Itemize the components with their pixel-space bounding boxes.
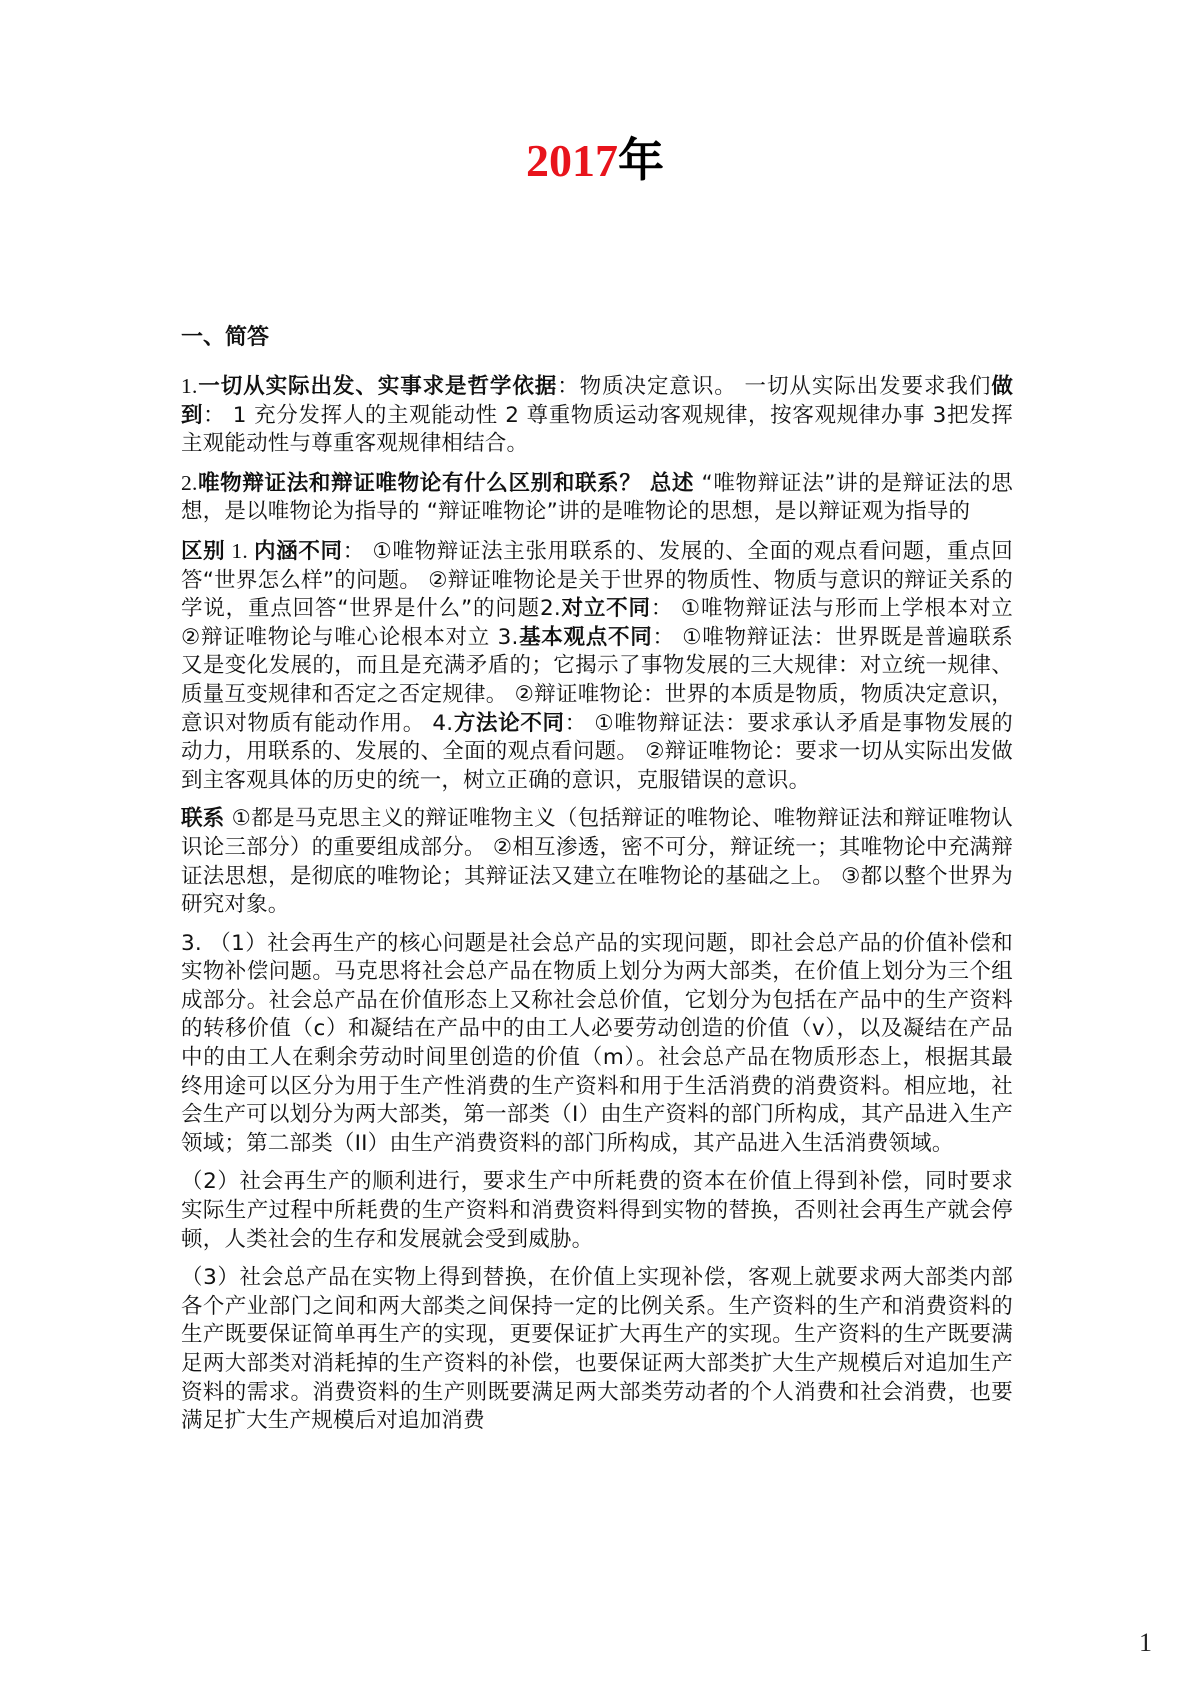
question-3-part-2: （2）社会再生产的顺利进行，要求生产中所耗费的资本在价值上得到补偿，同时要求实际… xyxy=(181,1168,1013,1254)
page-number: 1 xyxy=(1139,1628,1152,1658)
q1-title: 一切从实际出发、实事求是哲学依据 xyxy=(198,374,558,399)
title-year: 2017 xyxy=(526,135,618,186)
q1-number: 1. xyxy=(181,374,198,398)
q2-title: 唯物辩证法和辩证唯物论有什么区别和联系？ 总述 xyxy=(198,471,695,496)
question-3-part-3: （3）社会总产品在实物上得到替换，在价值上实现补偿，客观上就要求两大部类内部各个… xyxy=(181,1264,1013,1436)
question-2-differences: 区别 1. 内涵不同： ①唯物辩证法主张用联系的、发展的、全面的观点看问题，重点… xyxy=(181,537,1013,795)
diff-h1: 内涵不同 xyxy=(254,539,343,564)
q1-text-a: ：物质决定意识。 一切从实际出发要求我们 xyxy=(557,374,991,399)
document-body: 一、简答 1.一切从实际出发、实事求是哲学依据：物质决定意识。 一切从实际出发要… xyxy=(181,322,1013,1446)
diff-h2: 对立不同 xyxy=(561,596,651,621)
question-2: 2.唯物辩证法和辩证唯物论有什么区别和联系？ 总述 “唯物辩证法”讲的是辩证法的… xyxy=(181,469,1013,527)
question-3-part-1: 3. （1）社会再生产的核心问题是社会总产品的实现问题，即社会总产品的价值补偿和… xyxy=(181,930,1013,1159)
diff-h3: 基本观点不同 xyxy=(519,625,653,650)
q1-text-b: ： 1 充分发挥人的主观能动性 2 尊重物质运动客观规律，按客观规律办事 3把发… xyxy=(181,403,1013,457)
title-suffix: 年 xyxy=(618,133,664,187)
section-heading: 一、简答 xyxy=(181,322,1013,354)
q2-number: 2. xyxy=(181,471,198,495)
diff-h4: 方法论不同 xyxy=(453,711,564,736)
diff-n1: 1. xyxy=(225,539,254,563)
link-text: ①都是马克思主义的辩证唯物主义（包括辩证的唯物论、唯物辩证法和辩证唯物认识论三部… xyxy=(181,806,1013,917)
page-title: 2017年 xyxy=(0,130,1190,191)
question-2-connections: 联系 ①都是马克思主义的辩证唯物主义（包括辩证的唯物论、唯物辩证法和辩证唯物认识… xyxy=(181,805,1013,919)
question-1: 1.一切从实际出发、实事求是哲学依据：物质决定意识。 一切从实际出发要求我们做到… xyxy=(181,372,1013,459)
link-label: 联系 xyxy=(181,806,225,831)
diff-label: 区别 xyxy=(181,539,225,564)
